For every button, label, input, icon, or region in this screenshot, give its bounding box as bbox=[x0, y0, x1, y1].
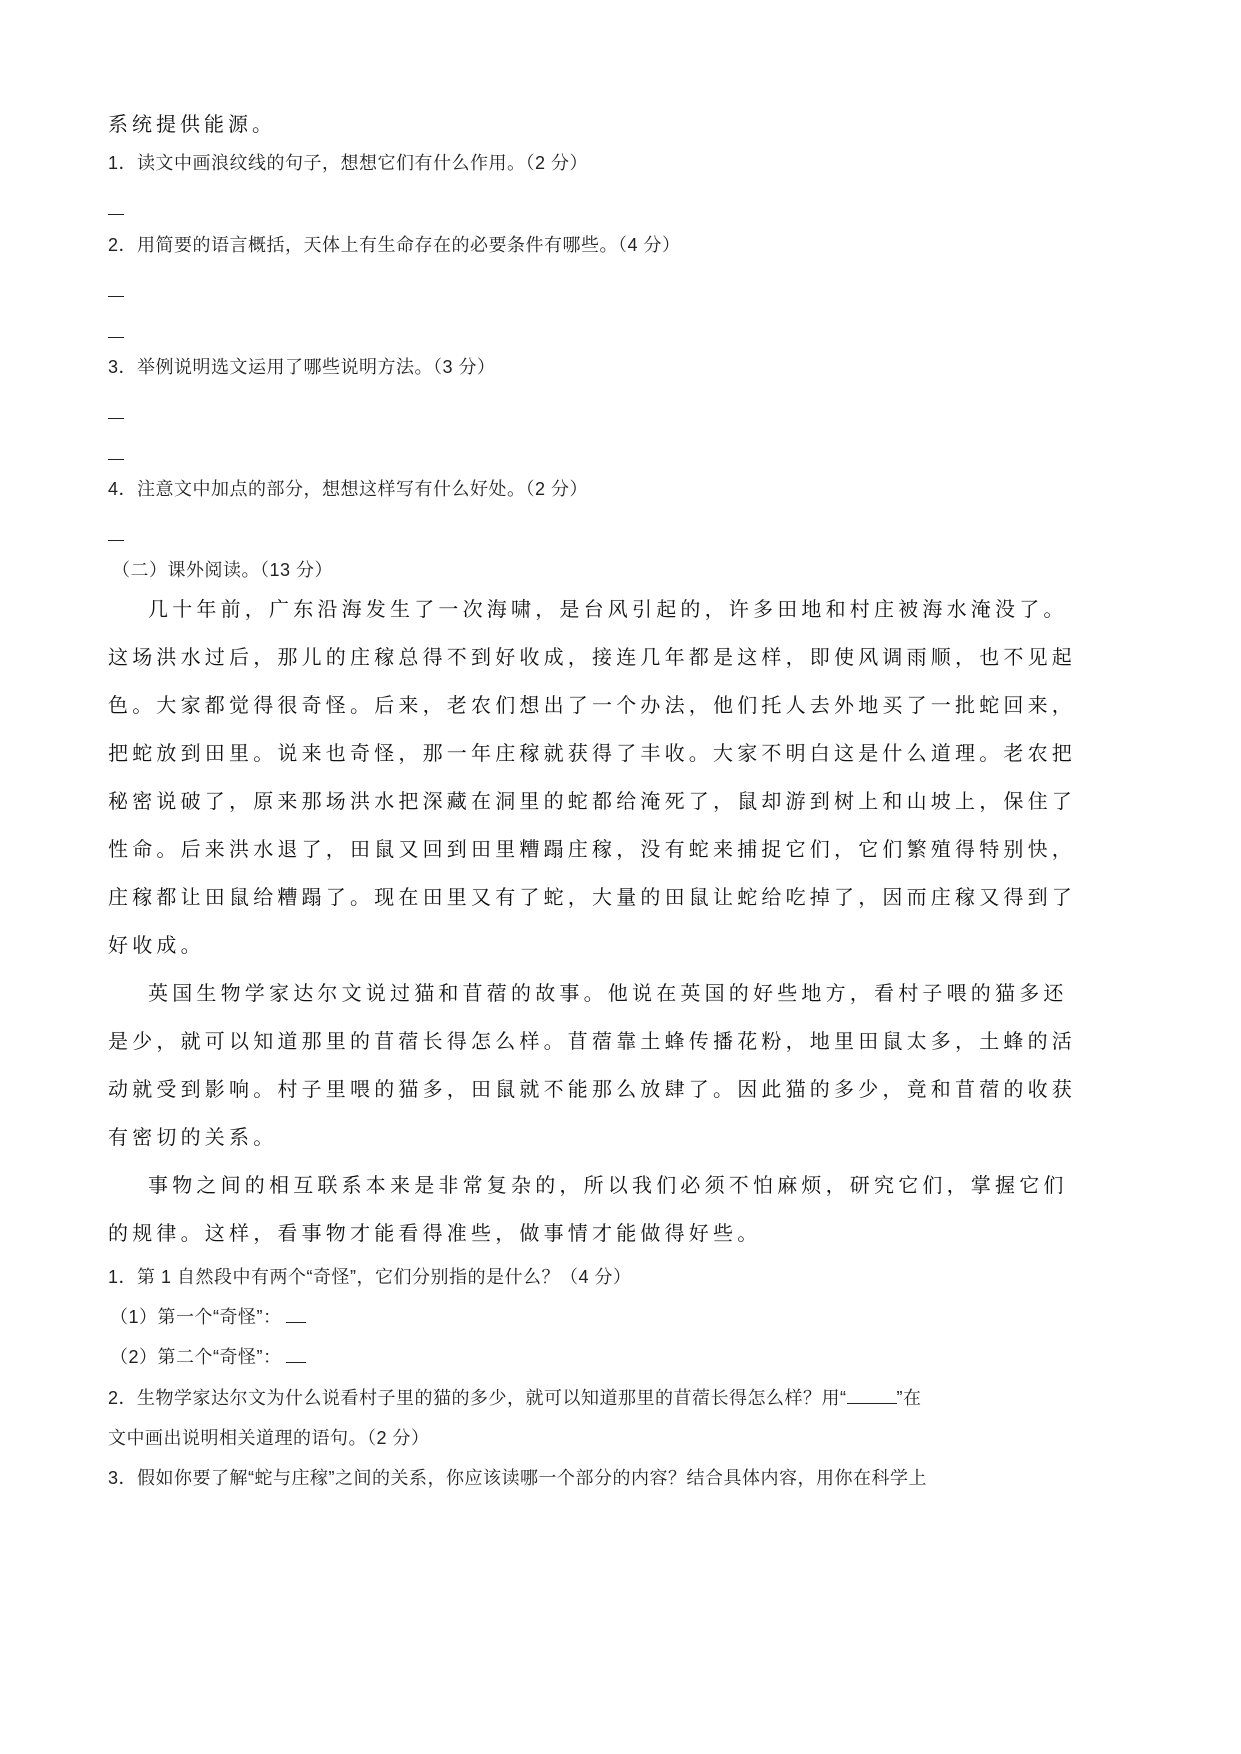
passage-continuation: 系统提供能源。 bbox=[108, 112, 276, 136]
section-heading: （二）课外阅读。（13 分） bbox=[112, 558, 333, 582]
question-text: 读文中画浪纹线的句子，想想它们有什么作用。（2 分） bbox=[137, 153, 588, 173]
question-text: 用简要的语言概括，天体上有生命存在的必要条件有哪些。（4 分） bbox=[137, 235, 681, 255]
passage-line: 几十年前，广东沿海发生了一次海啸，是台风引起的，许多田地和村庄被海水淹没了。 bbox=[148, 597, 1068, 621]
sub-question-1: （1）第一个“奇怪”： bbox=[110, 1305, 306, 1329]
question-text: 第 1 自然段中有两个“奇怪”，它们分别指的是什么？（4 分） bbox=[137, 1267, 632, 1287]
answer-line[interactable] bbox=[108, 296, 124, 297]
passage-line: 事物之间的相互联系本来是非常复杂的，所以我们必须不怕麻烦，研究它们，掌握它们 bbox=[148, 1173, 1068, 1197]
answer-line[interactable] bbox=[108, 214, 124, 215]
question-number: 1． bbox=[108, 153, 137, 173]
question-number: 4． bbox=[108, 479, 137, 499]
passage-line: 好收成。 bbox=[108, 933, 205, 957]
question-text: 注意文中加点的部分，想想这样写有什么好处。（2 分） bbox=[137, 479, 588, 499]
question-text: 生物学家达尔文为什么说看村子里的猫的多少，就可以知道那里的苜蓿长得怎么样？用“ bbox=[137, 1388, 847, 1408]
answer-line[interactable] bbox=[108, 540, 124, 541]
passage-line: 有密切的关系。 bbox=[108, 1125, 277, 1149]
passage-line: 秘密说破了，原来那场洪水把深藏在洞里的蛇都给淹死了，鼠却游到树上和山坡上，保住了 bbox=[108, 789, 1076, 813]
question-number: 3． bbox=[108, 1468, 137, 1488]
question-text: 举例说明选文运用了哪些说明方法。（3 分） bbox=[137, 357, 496, 377]
answer-line[interactable] bbox=[108, 418, 124, 419]
passage-line: 是少，就可以知道那里的苜蓿长得怎么样。苜蓿靠土蜂传播花粉，地里田鼠太多，土蜂的活 bbox=[108, 1029, 1076, 1053]
question-number: 2． bbox=[108, 235, 137, 255]
question-number: 2． bbox=[108, 1388, 137, 1408]
passage-line: 庄稼都让田鼠给糟蹋了。现在田里又有了蛇，大量的田鼠让蛇给吃掉了，因而庄稼又得到了 bbox=[108, 885, 1076, 909]
reading-question-1: 1．第 1 自然段中有两个“奇怪”，它们分别指的是什么？（4 分） bbox=[108, 1265, 632, 1289]
question-number: 1． bbox=[108, 1267, 137, 1287]
answer-blank[interactable] bbox=[286, 1346, 306, 1363]
question-number: 3． bbox=[108, 357, 137, 377]
question-2: 2．用简要的语言概括，天体上有生命存在的必要条件有哪些。（4 分） bbox=[108, 233, 681, 257]
passage-line: 动就受到影响。村子里喂的猫多，田鼠就不能那么放肆了。因此猫的多少，竟和苜蓿的收获 bbox=[108, 1077, 1076, 1101]
sub-question-label: （2）第二个“奇怪”： bbox=[110, 1347, 282, 1367]
passage-line: 性命。后来洪水退了，田鼠又回到田里糟蹋庄稼，没有蛇来捕捉它们，它们繁殖得特别快， bbox=[108, 837, 1076, 861]
answer-blank[interactable] bbox=[286, 1306, 306, 1323]
question-1: 1．读文中画浪纹线的句子，想想它们有什么作用。（2 分） bbox=[108, 151, 588, 175]
passage-line: 这场洪水过后，那儿的庄稼总得不到好收成，接连几年都是这样，即使风调雨顺，也不见起 bbox=[108, 645, 1076, 669]
sub-question-2: （2）第二个“奇怪”： bbox=[110, 1345, 306, 1369]
question-3: 3．举例说明选文运用了哪些说明方法。（3 分） bbox=[108, 355, 496, 379]
sub-question-label: （1）第一个“奇怪”： bbox=[110, 1307, 282, 1327]
question-text-after: ”在 bbox=[897, 1388, 922, 1408]
reading-question-2: 2．生物学家达尔文为什么说看村子里的猫的多少，就可以知道那里的苜蓿长得怎么样？用… bbox=[108, 1386, 1003, 1410]
answer-line[interactable] bbox=[108, 337, 124, 338]
passage-line: 把蛇放到田里。说来也奇怪，那一年庄稼就获得了丰收。大家不明白这是什么道理。老农把 bbox=[108, 741, 1076, 765]
reading-question-2-cont: 文中画出说明相关道理的语句。（2 分） bbox=[108, 1426, 430, 1450]
reading-question-3: 3．假如你要了解“蛇与庄稼”之间的关系，你应该读哪一个部分的内容？结合具体内容，… bbox=[108, 1466, 927, 1490]
question-text: 假如你要了解“蛇与庄稼”之间的关系，你应该读哪一个部分的内容？结合具体内容，用你… bbox=[137, 1468, 927, 1488]
underline-sample bbox=[847, 1387, 897, 1404]
answer-line[interactable] bbox=[108, 459, 124, 460]
question-4: 4．注意文中加点的部分，想想这样写有什么好处。（2 分） bbox=[108, 477, 588, 501]
passage-line: 的规律。这样，看事物才能看得准些，做事情才能做得好些。 bbox=[108, 1221, 761, 1245]
passage-line: 色。大家都觉得很奇怪。后来，老农们想出了一个办法，他们托人去外地买了一批蛇回来， bbox=[108, 693, 1076, 717]
passage-line: 英国生物学家达尔文说过猫和苜蓿的故事。他说在英国的好些地方，看村子喂的猫多还 bbox=[148, 981, 1068, 1005]
